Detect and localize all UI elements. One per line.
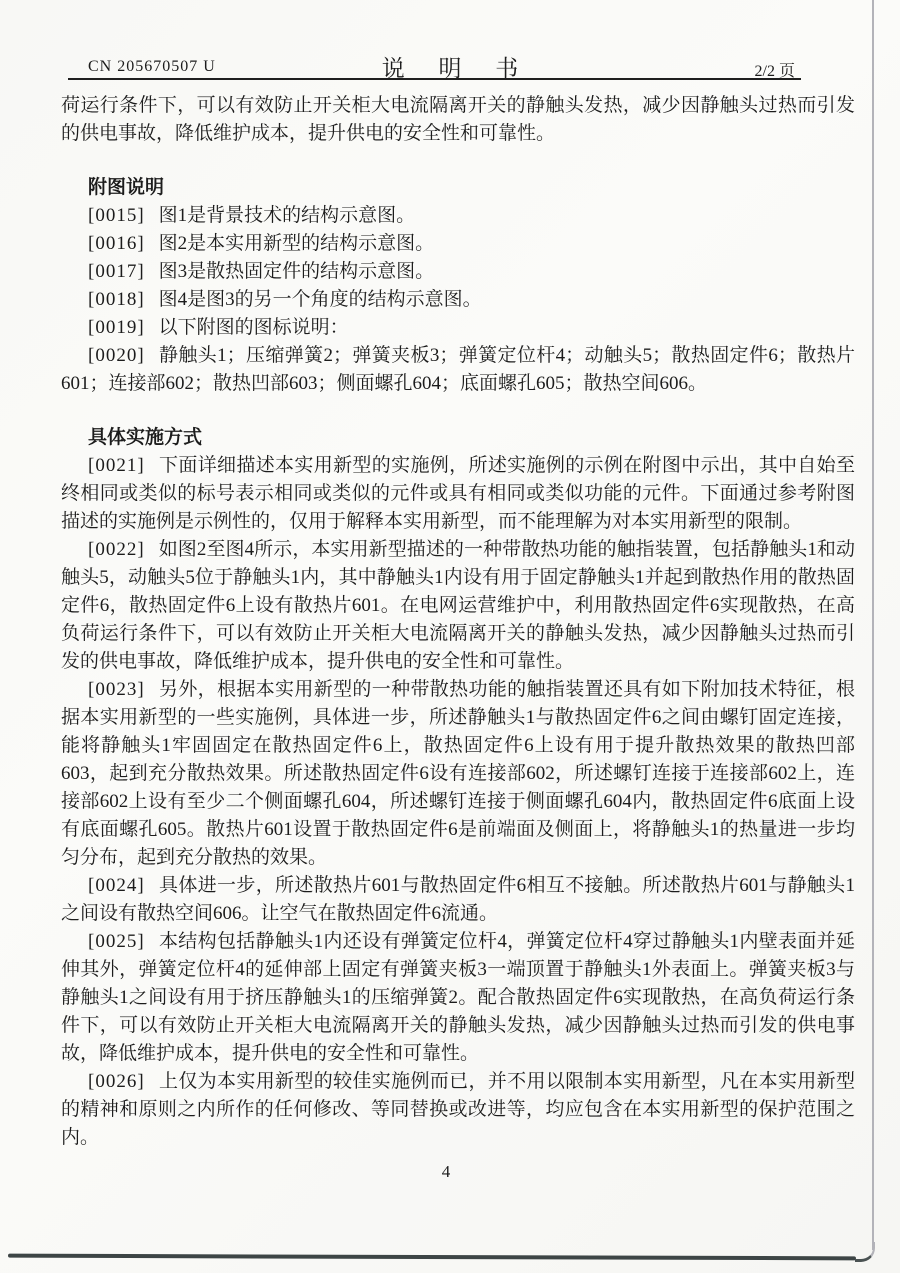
paragraph-text: 静触头1；压缩弹簧2；弹簧夹板3；弹簧定位杆4；动触头5；散热固定件6；散热片6… [61,345,855,394]
paragraph-text: 上仅为本实用新型的较佳实施例而已，并不用以限制本实用新型，凡在本实用新型的精神和… [61,1071,855,1148]
paragraph-number: [0019] [88,317,145,338]
section-heading-detailed-embodiments: 具体实施方式 [88,424,855,452]
section-heading-figure-description: 附图说明 [88,174,855,202]
paragraph-text: 图2是本实用新型的结构示意图。 [159,233,435,254]
paragraph-0022: [0022]如图2至图4所示，本实用新型描述的一种带散热功能的触指装置，包括静触… [61,536,855,676]
paragraph-number: [0020] [88,345,145,366]
paragraph-text: 如图2至图4所示，本实用新型描述的一种带散热功能的触指装置，包括静触头1和动触头… [61,539,855,672]
paragraph-text: 下面详细描述本实用新型的实施例，所述实施例的示例在附图中示出，其中自始至终相同或… [61,455,855,532]
scan-bottom-shadow-line [8,1254,856,1261]
paragraph-0025: [0025]本结构包括静触头1内还设有弹簧定位杆4，弹簧定位杆4穿过静触头1内壁… [61,928,855,1068]
paragraph-number: [0018] [88,289,145,310]
paragraph-number: [0023] [88,679,145,700]
paragraph-text: 图3是散热固定件的结构示意图。 [159,261,435,282]
paragraph-0020: [0020]静触头1；压缩弹簧2；弹簧夹板3；弹簧定位杆4；动触头5；散热固定件… [61,342,855,398]
paragraph-0019: [0019]以下附图的图标说明： [61,314,855,342]
paragraph-text: 以下附图的图标说明： [159,317,349,338]
paragraph-number: [0022] [88,539,145,560]
scan-corner-curve [855,1242,875,1262]
paragraph-number: [0024] [88,875,145,896]
patent-specification-page: CN 205670507 U 说 明 书 2/2 页 荷运行条件下，可以有效防止… [0,0,900,1273]
paragraph-0016: [0016]图2是本实用新型的结构示意图。 [61,230,855,258]
paragraph-0015: [0015]图1是背景技术的结构示意图。 [61,202,855,230]
paragraph-0026: [0026]上仅为本实用新型的较佳实施例而已，并不用以限制本实用新型，凡在本实用… [61,1068,855,1152]
paragraph-text: 图4是图3的另一个角度的结构示意图。 [159,289,482,310]
paragraph-text: 本结构包括静触头1内还设有弹簧定位杆4，弹簧定位杆4穿过静触头1内壁表面并延伸其… [61,931,855,1064]
header-rule [68,78,801,80]
paragraph-number: [0021] [88,455,145,476]
paragraph-number: [0025] [88,931,145,952]
paragraph-text: 图1是背景技术的结构示意图。 [159,205,416,226]
scan-page-edge-line [872,0,874,1250]
paragraph-text: 另外，根据本实用新型的一种带散热功能的触指装置还具有如下附加技术特征，根据本实用… [61,679,855,868]
paragraph-0018: [0018]图4是图3的另一个角度的结构示意图。 [61,286,855,314]
paragraph-0017: [0017]图3是散热固定件的结构示意图。 [61,258,855,286]
specification-body: 荷运行条件下，可以有效防止开关柜大电流隔离开关的静触头发热，减少因静触头过热而引… [61,92,855,1152]
paragraph-0023: [0023]另外，根据本实用新型的一种带散热功能的触指装置还具有如下附加技术特征… [61,676,855,872]
page-number: 4 [61,1162,831,1182]
paragraph-number: [0015] [88,205,145,226]
paragraph-text: 具体进一步，所述散热片601与散热固定件6相互不接触。所述散热片601与静触头1… [61,875,855,924]
paragraph-number: [0017] [88,261,145,282]
paragraph-continuation: 荷运行条件下，可以有效防止开关柜大电流隔离开关的静触头发热，减少因静触头过热而引… [61,92,855,148]
paragraph-number: [0016] [88,233,145,254]
paragraph-0024: [0024]具体进一步，所述散热片601与散热固定件6相互不接触。所述散热片60… [61,872,855,928]
paragraph-0021: [0021]下面详细描述本实用新型的实施例，所述实施例的示例在附图中示出，其中自… [61,452,855,536]
paragraph-number: [0026] [88,1071,145,1092]
